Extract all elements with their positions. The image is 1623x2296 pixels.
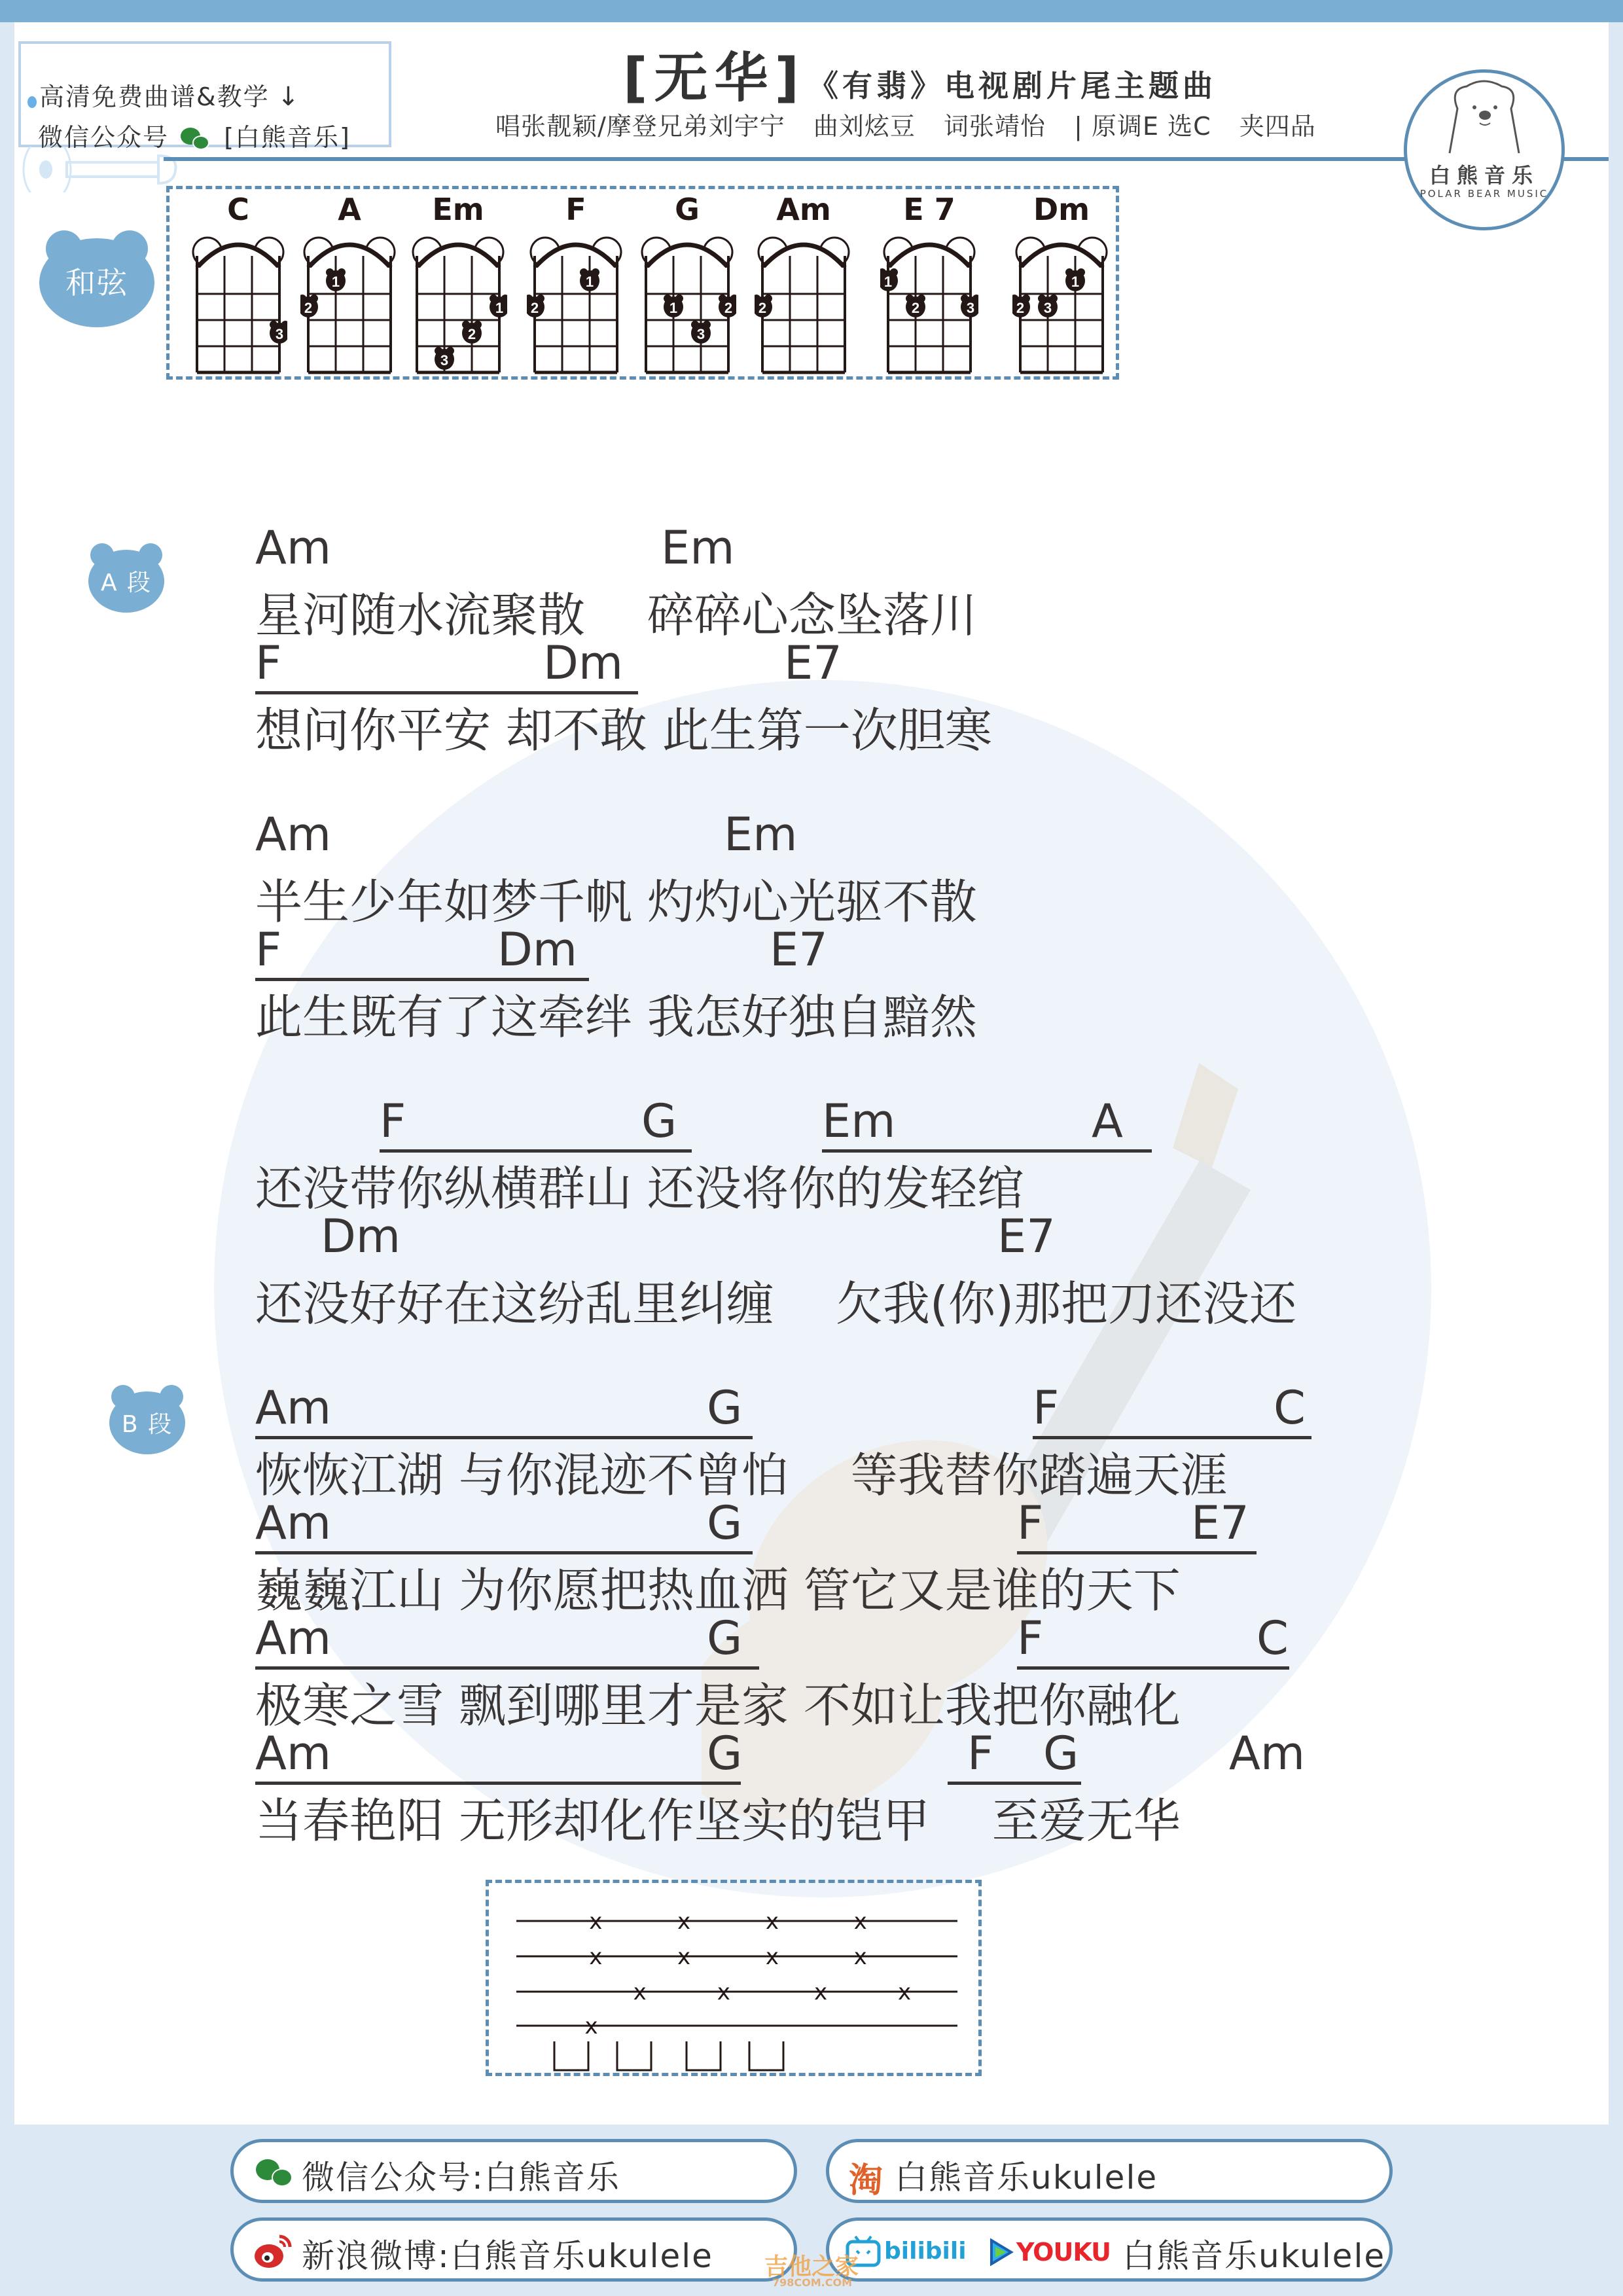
sheet-page: 高清免费曲谱&教学↓ 微信公众号 [白熊音乐] [无华]《有翡》电视剧片尾主题曲… <box>14 22 1609 2125</box>
lyric-line: 半生少年如梦千帆 灼灼心光驱不散 <box>255 864 977 932</box>
chord-label: F <box>1033 1381 1059 1435</box>
footer-video-link[interactable]: bilibili YOUKU 白熊音乐ukulele <box>826 2217 1393 2282</box>
chord-label: G <box>707 1611 742 1665</box>
chord-name: Dm <box>1012 192 1111 227</box>
chord-diagram-a: A12 <box>300 189 399 379</box>
lyric-line: 还没好好在这纷乱里纠缠 欠我(你)那把刀还没还 <box>255 1266 1296 1334</box>
key-info: | 原调E 选C <box>1074 112 1211 141</box>
svg-text:x: x <box>589 1909 602 1935</box>
wechat-icon <box>256 2158 295 2191</box>
taobao-icon: 淘 <box>849 2153 883 2202</box>
singer-credit: 唱张靓颖/摩登兄弟刘宇宁 <box>495 112 785 141</box>
chord-diagram-am: Am2 <box>755 189 853 379</box>
chord-label: Am <box>255 1496 331 1550</box>
lyric-line: 此生既有了这牵绊 我怎好独自黯然 <box>255 979 977 1047</box>
composer-credit: 曲刘炫豆 <box>813 112 916 141</box>
chord-label: F <box>1017 1611 1043 1665</box>
youku-play-icon <box>988 2238 1014 2267</box>
logo-name: 白熊音乐 <box>1407 159 1561 189</box>
chord-label: Dm <box>321 1210 401 1263</box>
chord-label: G <box>641 1094 677 1148</box>
fretboard-grid: 12 <box>300 228 399 379</box>
chord-label: C <box>1274 1381 1306 1435</box>
footer-taobao-link[interactable]: 淘 白熊音乐ukulele <box>826 2139 1393 2203</box>
chord-label: Am <box>255 521 331 575</box>
section-a-badge: A 段 <box>88 539 165 613</box>
youku-logo: YOUKU <box>1016 2238 1111 2267</box>
fretboard-grid: 123 <box>880 228 978 379</box>
song-title-block: [无华]《有翡》电视剧片尾主题曲 <box>623 35 1217 112</box>
chord-label: E7 <box>997 1210 1056 1263</box>
footer-weibo-link[interactable]: 新浪微博:白熊音乐ukulele <box>230 2217 797 2282</box>
chord-name: Em <box>409 192 507 227</box>
chord-label: F <box>255 636 281 690</box>
fretboard-grid: 123 <box>1012 228 1111 379</box>
lyric-line: 极寒之雪 飘到哪里才是家 不如让我把你融化 <box>255 1668 1181 1736</box>
site-watermark-url: 798COM.COM <box>772 2276 852 2289</box>
svg-text:2: 2 <box>758 300 766 316</box>
song-title: [无华] <box>623 47 806 109</box>
promo-box: 高清免费曲谱&教学↓ 微信公众号 [白熊音乐] <box>18 41 391 147</box>
svg-text:2: 2 <box>531 300 539 316</box>
promo-line-1: 高清免费曲谱&教学↓ <box>39 77 300 113</box>
svg-text:3: 3 <box>697 326 705 342</box>
fretboard-grid: 123 <box>409 228 507 379</box>
svg-text:1: 1 <box>884 274 892 290</box>
footer-wechat-link[interactable]: 微信公众号:白熊音乐 <box>230 2139 797 2203</box>
lyric-line: 还没带你纵横群山 还没将你的发轻绾 <box>255 1151 1024 1219</box>
svg-text:3: 3 <box>276 326 283 342</box>
svg-text:1: 1 <box>586 274 594 290</box>
chord-name: Am <box>755 192 853 227</box>
chord-label: E7 <box>770 923 828 977</box>
chord-name: G <box>638 192 736 227</box>
lyric-line: 想问你平安 却不敢 此生第一次胆寒 <box>255 692 992 761</box>
chord-label: A <box>1092 1094 1123 1148</box>
lyric-line: 星河随水流聚散 碎碎心念坠落川 <box>255 577 977 645</box>
svg-text:x: x <box>633 1979 647 2005</box>
chord-diagram-c: C3 <box>189 189 287 379</box>
svg-text:x: x <box>677 1909 690 1935</box>
chord-label: G <box>707 1496 742 1550</box>
svg-text:1: 1 <box>332 274 340 290</box>
svg-text:3: 3 <box>440 352 448 368</box>
svg-text:3: 3 <box>1044 300 1052 316</box>
wechat-icon <box>181 126 212 152</box>
chord-name: E 7 <box>880 192 978 227</box>
fretboard-grid: 123 <box>638 228 736 379</box>
chords-badge: 和弦 <box>39 225 154 327</box>
svg-text:2: 2 <box>912 300 919 316</box>
chord-label: Em <box>724 808 797 861</box>
chord-diagram-dm: Dm123 <box>1012 189 1111 379</box>
svg-text:2: 2 <box>304 300 312 316</box>
chord-label: Am <box>255 1381 331 1435</box>
svg-text:x: x <box>766 1944 779 1970</box>
chord-diagram-g: G123 <box>638 189 736 379</box>
top-color-band <box>0 0 1623 22</box>
strum-pattern-diagram: xxxxxxxxxxxxx <box>489 1883 978 2073</box>
chord-name: F <box>527 192 625 227</box>
svg-text:x: x <box>717 1979 730 2005</box>
lyric-line: 恢恢江湖 与你混迹不曾怕 等我替你踏遍天涯 <box>255 1437 1228 1505</box>
song-subtitle: 《有翡》电视剧片尾主题曲 <box>808 68 1217 103</box>
svg-text:x: x <box>854 1944 867 1970</box>
svg-text:1: 1 <box>1071 274 1079 290</box>
chord-label: Am <box>255 1611 331 1665</box>
svg-text:2: 2 <box>468 326 476 342</box>
fretboard-grid: 3 <box>189 228 287 379</box>
arrow-down-icon: ↓ <box>277 82 301 112</box>
lyric-line: 当春艳阳 无形却化作坚实的铠甲 至爱无华 <box>255 1783 1181 1851</box>
fretboard-grid: 12 <box>527 228 625 379</box>
svg-text:2: 2 <box>1016 300 1024 316</box>
svg-text:1: 1 <box>495 300 503 316</box>
bilibili-logo: bilibili <box>884 2238 967 2265</box>
chord-label: Dm <box>543 636 623 690</box>
chord-label: G <box>707 1381 742 1435</box>
chord-name: C <box>189 192 287 227</box>
bullet-dot-icon <box>27 96 37 108</box>
polar-bear-icon <box>1404 69 1565 154</box>
svg-text:1: 1 <box>669 300 677 316</box>
chord-label: Dm <box>497 923 577 977</box>
chord-label: F <box>380 1094 406 1148</box>
chord-label: Em <box>661 521 734 575</box>
chord-label: F <box>255 923 281 977</box>
chord-label: Am <box>1229 1727 1305 1780</box>
chord-diagram-e7: E 7123 <box>880 189 978 379</box>
svg-text:x: x <box>854 1909 867 1935</box>
credits-line: 唱张靓颖/摩登兄弟刘宇宁 曲刘炫豆 词张靖怡 | 原调E 选C 夹四品 <box>495 106 1336 142</box>
svg-text:2: 2 <box>724 300 732 316</box>
svg-text:x: x <box>585 2013 598 2039</box>
ukulele-outline-icon <box>21 147 178 192</box>
polar-bear-music-logo: 白熊音乐 POLAR BEAR MUSIC <box>1404 69 1565 230</box>
strum-pattern-box: xxxxxxxxxxxxx <box>486 1880 982 2076</box>
chord-label: G <box>707 1727 742 1780</box>
chord-label: F <box>1017 1496 1043 1550</box>
chord-label: Am <box>255 808 331 861</box>
svg-text:x: x <box>766 1909 779 1935</box>
chord-diagram-em: Em123 <box>409 189 507 379</box>
lyricist-credit: 词张靖怡 <box>944 112 1046 141</box>
chord-diagrams-box: C3A12Em123F12G123Am2E 7123Dm123 <box>166 186 1119 380</box>
svg-text:x: x <box>814 1979 827 2005</box>
fretboard-grid: 2 <box>755 228 853 379</box>
svg-text:3: 3 <box>967 300 974 316</box>
lyric-line: 巍巍江山 为你愿把热血洒 管它又是谁的天下 <box>255 1552 1181 1621</box>
chord-label: E7 <box>1191 1496 1249 1550</box>
chord-label: F <box>967 1727 993 1780</box>
chord-label: E7 <box>784 636 842 690</box>
logo-english: POLAR BEAR MUSIC <box>1407 188 1561 200</box>
weibo-icon <box>253 2233 294 2270</box>
chord-label: Am <box>255 1727 331 1780</box>
header-divider <box>164 157 1609 161</box>
chord-name: A <box>300 192 399 227</box>
chord-diagram-f: F12 <box>527 189 625 379</box>
section-b-badge: B 段 <box>109 1381 186 1454</box>
svg-text:x: x <box>898 1979 911 2005</box>
chord-label: Em <box>822 1094 895 1148</box>
svg-text:x: x <box>589 1944 602 1970</box>
capo-info: 夹四品 <box>1240 112 1316 141</box>
chord-label: G <box>1043 1727 1079 1780</box>
chord-label: C <box>1257 1611 1289 1665</box>
svg-text:x: x <box>677 1944 690 1970</box>
